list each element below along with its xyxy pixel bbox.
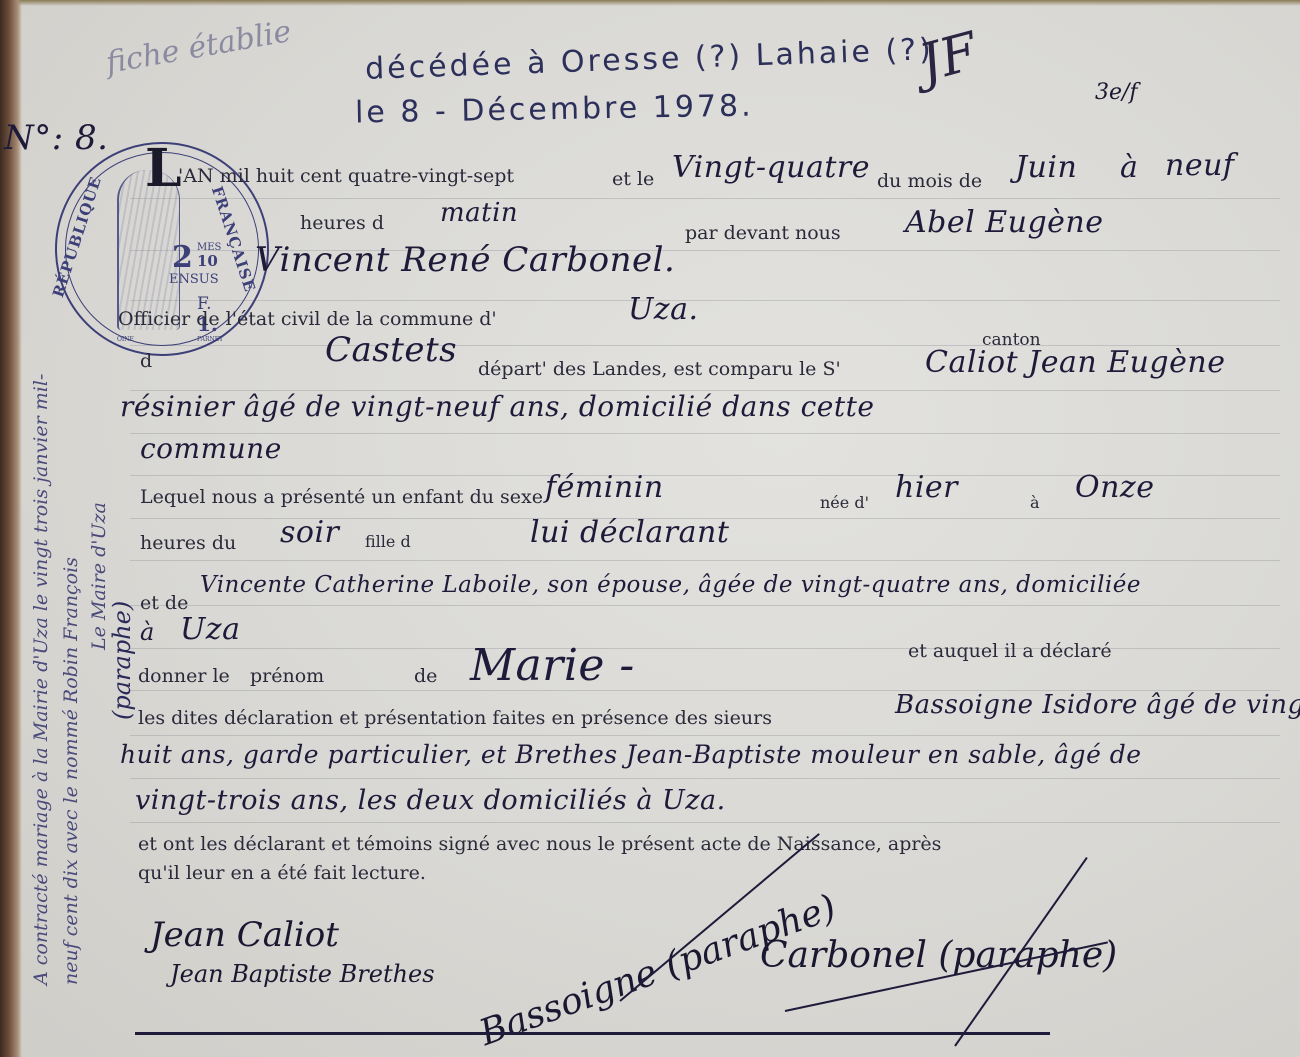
ruled-line [130,198,1280,199]
printed-line11: les dites déclaration et présentation fa… [138,707,772,729]
printed-line14: et ont les déclarant et témoins signé av… [138,833,941,855]
death-note-line1: décédée à Oresse (?) Lahaie (?) [365,32,935,87]
stamp-value-ensus: ENSUS [169,272,219,287]
printed-line10-d: et auquel il a déclaré [908,640,1112,662]
death-note-line2: le 8 - Décembre 1978. [355,89,754,131]
printed-line3-prefix: Officier de l'état civil de la commune d… [118,308,497,330]
hand-witness-line-2: huit ans, garde particulier, et Brethes … [120,740,1142,769]
hand-commune: Uza. [628,292,699,327]
printed-line15: qu'il leur en a été fait lecture. [138,862,426,884]
printed-line6-b: née d' [820,493,869,512]
signature-officer: Carbonel (paraphe) [760,935,1117,976]
printed-line4-prefix: d [140,350,152,372]
printed-line2-mid: par devant nous [685,222,841,244]
page-top-edge [0,0,1300,6]
printed-line1-a: 'AN mil huit cent quatre-vingt-sept [178,165,514,187]
closing-rule-end [1005,1032,1050,1035]
hand-officer-name-b: Vincent René Carbonel. [255,240,675,280]
signature-declarant: Jean Caliot [150,915,339,955]
margin-note-line3: Le Maire d'Uza [88,502,110,650]
hand-mother: Vincente Catherine Laboile, son épouse, … [200,572,1141,598]
printed-line10-c: de [414,665,437,687]
ruled-line [130,778,1280,779]
printed-line1-c: du mois de [877,170,982,192]
ruled-line [130,300,1280,301]
pencil-note: fiche établie [103,14,293,81]
hand-hour: neuf [1165,148,1235,183]
register-number: N°: 8. [4,118,108,158]
initials-mark: JF [913,22,984,95]
book-binding [0,0,22,1057]
hand-witness-line-3: vingt-trois ans, les deux domiciliés à U… [135,785,726,816]
hand-born: hier [895,470,958,505]
ruled-line [130,605,1280,606]
hand-month: Juin [1015,150,1077,185]
hand-line9-a: à [140,618,155,646]
hand-day: Vingt-quatre [672,150,870,185]
printed-line10-b: prénom [250,665,324,687]
printed-line8-prefix: et de [140,592,188,614]
printed-line2-prefix: heures d [300,212,384,234]
printed-line1-b: et le [612,168,654,190]
hand-declarant-desc: résinier âgé de vingt-neuf ans, domicili… [120,390,874,423]
hand-time-of-day: matin [440,198,518,228]
printed-line6: Lequel nous a présenté un enfant du sexe [140,486,543,508]
hand-declarant-name: Caliot Jean Eugène [925,345,1225,380]
printed-line4-mid: départ' des Landes, est comparu le S' [478,358,841,380]
printed-line7-prefix: heures du [140,532,236,554]
stamp-value-10: 10 [197,252,218,270]
hand-mother-place: Uza [180,612,240,647]
closing-rule [135,1032,1035,1035]
ruled-line [130,433,1280,434]
hand-canton: Castets [325,330,457,370]
hand-given-name: Marie - [470,640,635,691]
margin-note-line2: neuf cent dix avec le nommé Robin Franço… [60,557,82,985]
signature-witness: Jean Baptiste Brethes [170,960,435,988]
margin-signature: (paraphe) [108,601,136,720]
dropcap-l: L [145,138,182,199]
ruled-line [130,560,1280,561]
hand-birth-hour: Onze [1075,470,1154,505]
hand-declarant-desc-2: commune [140,432,282,465]
document-page: fiche établie décédée à Oresse (?) Lahai… [0,0,1300,1057]
stamp-value-2: 2 [172,240,193,275]
corner-mark: 3e/f [1095,80,1138,105]
hand-officer-name-a: Abel Eugène [905,205,1104,240]
printed-line10-prefix: donner le [138,665,230,687]
hand-line1-a: à [1120,150,1138,185]
hand-witness-1: Bassoigne Isidore âgé de vingt- [895,690,1300,720]
stamp-sub-left: OINE [117,336,134,343]
hand-sex: féminin [545,470,664,505]
printed-line7-mid: fille d [365,532,411,551]
hand-father: lui déclarant [530,515,729,550]
stamp-sub-right: FARNET [197,336,223,343]
ruled-line [130,822,1280,823]
ruled-line [130,735,1280,736]
printed-line6-c: à [1030,493,1040,512]
margin-note-line1: A contracté mariage à la Mairie d'Uza le… [30,374,52,985]
hand-birth-time-of-day: soir [280,515,339,550]
